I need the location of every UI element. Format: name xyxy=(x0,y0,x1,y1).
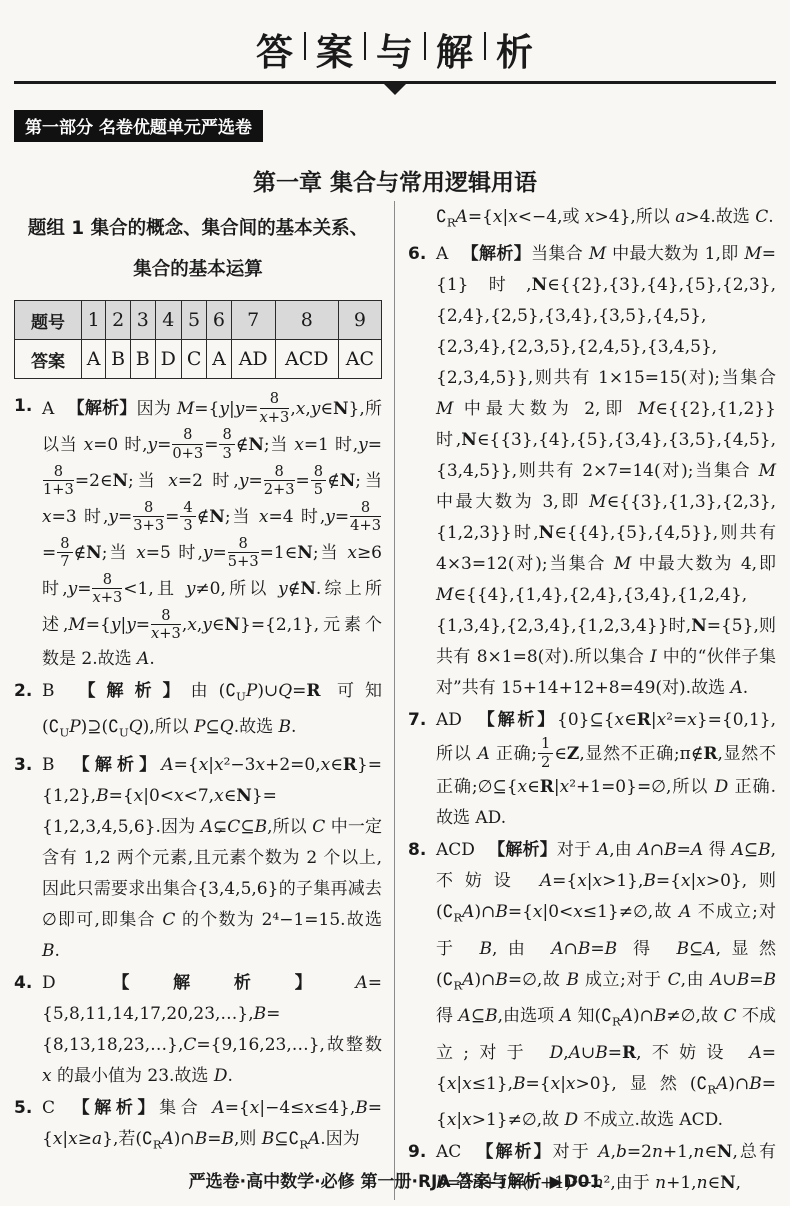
table-cell: 9 xyxy=(338,301,381,340)
solution-number: 9. xyxy=(408,1137,426,1168)
page-footer: 严选卷·高中数学·必修 第一册·RJA 答案与解析▶D01 xyxy=(0,1167,790,1192)
solution-answer: AD xyxy=(436,710,462,730)
analysis-label: 【解析】 xyxy=(461,244,531,264)
fraction: 84+3 xyxy=(350,499,381,535)
fraction: 80+3 xyxy=(172,426,203,462)
solution-item: 5.C【解析】集合 A={x|−4≤x≤4},B={x|x≥a},若(∁RA)∩… xyxy=(14,1093,382,1160)
fraction: 83 xyxy=(219,426,234,462)
fraction: 85 xyxy=(311,463,326,499)
table-cell: 8 xyxy=(275,301,338,340)
answer-row: 答案ABBDCAADACDAC xyxy=(15,340,382,379)
right-column: ∁RA={x|x<−4,或 x>4},所以 a>4.故选 C. 6.A【解析】当… xyxy=(395,201,776,1200)
solution-answer: A xyxy=(42,399,54,419)
title-char: 析 xyxy=(486,22,544,76)
solution-answer: D xyxy=(42,973,56,993)
solution-text: ∁RA={x|x<−4,或 x>4},所以 a>4.故选 C. xyxy=(436,207,774,227)
table-cell: D xyxy=(155,340,181,379)
number-row: 题号123456789 xyxy=(15,301,382,340)
left-column: 题组 1 集合的概念、集合间的基本关系、 集合的基本运算 题号123456789… xyxy=(14,201,394,1200)
analysis-label: 【解析】 xyxy=(474,1142,552,1162)
footer-page-marker: D01 xyxy=(564,1172,602,1192)
analysis-label: 【解析】 xyxy=(69,973,356,993)
right-triangle-icon: ▶ xyxy=(549,1172,562,1192)
down-triangle-icon xyxy=(384,84,406,95)
analysis-label: 【解析】 xyxy=(68,755,162,775)
content-columns: 题组 1 集合的概念、集合间的基本关系、 集合的基本运算 题号123456789… xyxy=(14,201,776,1200)
title-char: 案 xyxy=(306,22,364,76)
fraction: 83+3 xyxy=(133,499,164,535)
solution-item: 4.D【解析】A={5,8,11,14,17,20,23,…},B={8,13,… xyxy=(14,968,382,1092)
table-cell: 4 xyxy=(155,301,181,340)
table-cell: 答案 xyxy=(15,340,82,379)
solution-text: 因为 M={y|y=8x+3,x,y∈N},所以当 x=0 时,y=80+3=8… xyxy=(42,399,382,669)
page-title: 答案与解析 xyxy=(14,22,776,76)
analysis-label: 【解析】 xyxy=(475,710,557,730)
fraction: 43 xyxy=(180,499,195,535)
solution-answer: B xyxy=(42,755,55,775)
table-cell: 5 xyxy=(181,301,206,340)
table-cell: AD xyxy=(231,340,275,379)
footer-text: 严选卷·高中数学·必修 第一册·RJA 答案与解析 xyxy=(189,1172,542,1192)
solution-text: 当集合 M 中最大数为 1,即 M={1}时,N∈{{2},{3},{4},{5… xyxy=(436,244,776,698)
fraction: 87 xyxy=(57,535,72,571)
title-char: 解 xyxy=(426,22,484,76)
fraction: 8x+3 xyxy=(92,571,122,607)
solution-item: 1.A【解析】因为 M={y|y=8x+3,x,y∈N},所以当 x=0 时,y… xyxy=(14,391,382,675)
solution-item: 6.A【解析】当集合 M 中最大数为 1,即 M={1}时,N∈{{2},{3}… xyxy=(408,239,776,704)
group-title-line1: 题组 1 集合的概念、集合间的基本关系、 xyxy=(14,209,382,250)
table-cell: AC xyxy=(338,340,381,379)
chapter-title: 第一章 集合与常用逻辑用语 xyxy=(14,164,776,197)
analysis-label: 【解析】 xyxy=(67,399,136,419)
table-cell: B xyxy=(106,340,131,379)
page: 答案与解析 第一部分 名卷优题单元严选卷 第一章 集合与常用逻辑用语 题组 1 … xyxy=(0,0,790,1206)
title-char: 答 xyxy=(246,22,304,76)
solution-number: 6. xyxy=(408,239,426,270)
solution-number: 4. xyxy=(14,968,32,999)
table-cell: C xyxy=(181,340,206,379)
solution-5-continuation: ∁RA={x|x<−4,或 x>4},所以 a>4.故选 C. xyxy=(408,202,776,238)
fraction: 8x+3 xyxy=(151,607,181,643)
table-cell: 3 xyxy=(130,301,155,340)
fraction: 82+3 xyxy=(264,463,295,499)
solution-item: 3.B【解析】A={x|x²−3x+2=0,x∈R}={1,2},B={x|0<… xyxy=(14,750,382,967)
page-header: 答案与解析 第一部分 名卷优题单元严选卷 第一章 集合与常用逻辑用语 xyxy=(14,22,776,197)
title-char: 与 xyxy=(366,22,424,76)
solution-number: 5. xyxy=(14,1093,32,1124)
analysis-label: 【解析】 xyxy=(488,840,557,860)
part-badge: 第一部分 名卷优题单元严选卷 xyxy=(14,110,263,142)
group-title: 题组 1 集合的概念、集合间的基本关系、 集合的基本运算 xyxy=(14,209,382,290)
solutions-left: 1.A【解析】因为 M={y|y=8x+3,x,y∈N},所以当 x=0 时,y… xyxy=(14,391,382,1160)
table-cell: A xyxy=(207,340,231,379)
fraction: 85+3 xyxy=(228,535,259,571)
solution-text: A={x|x²−3x+2=0,x∈R}={1,2},B={x|0<x<7,x∈N… xyxy=(42,755,382,961)
table-cell: A xyxy=(82,340,106,379)
solution-answer: B xyxy=(42,681,55,701)
analysis-label: 【解析】 xyxy=(68,681,191,701)
table-cell: 2 xyxy=(106,301,131,340)
table-cell: B xyxy=(130,340,155,379)
solution-item: 8.ACD【解析】对于 A,由 A∩B=A 得 A⊆B,不妨设 A={x|x>1… xyxy=(408,835,776,1136)
title-rule xyxy=(14,81,776,84)
table-cell: 题号 xyxy=(15,301,82,340)
solution-number: 7. xyxy=(408,705,426,736)
group-title-line2: 集合的基本运算 xyxy=(14,250,382,291)
analysis-label: 【解析】 xyxy=(68,1098,159,1118)
solutions-right: 6.A【解析】当集合 M 中最大数为 1,即 M={1}时,N∈{{2},{3}… xyxy=(408,239,776,1199)
solution-number: 1. xyxy=(14,391,32,422)
fraction: 81+3 xyxy=(43,463,74,499)
solution-answer: ACD xyxy=(436,840,475,860)
table-cell: ACD xyxy=(275,340,338,379)
table-cell: 7 xyxy=(231,301,275,340)
solution-number: 2. xyxy=(14,676,32,707)
fraction: 12 xyxy=(538,735,553,771)
solution-item: 7.AD【解析】{0}⊆{x∈R|x²=x}={0,1},所以 A 正确;12∈… xyxy=(408,705,776,834)
solution-item: 2.B【解析】由(∁UP)∪Q=R 可知(∁UP)⊇(∁UQ),所以 P⊆Q.故… xyxy=(14,676,382,749)
answer-key-table: 题号123456789答案ABBDCAADACDAC xyxy=(14,300,382,379)
solution-answer: A xyxy=(436,244,448,264)
solution-number: 3. xyxy=(14,750,32,781)
solution-answer: C xyxy=(42,1098,55,1118)
solution-text: 对于 A,由 A∩B=A 得 A⊆B,不妨设 A={x|x>1},B={x|x>… xyxy=(436,840,776,1130)
fraction: 8x+3 xyxy=(260,390,290,426)
table-cell: 1 xyxy=(82,301,106,340)
table-cell: 6 xyxy=(207,301,231,340)
solution-number: 8. xyxy=(408,835,426,866)
solution-answer: AC xyxy=(436,1142,461,1162)
